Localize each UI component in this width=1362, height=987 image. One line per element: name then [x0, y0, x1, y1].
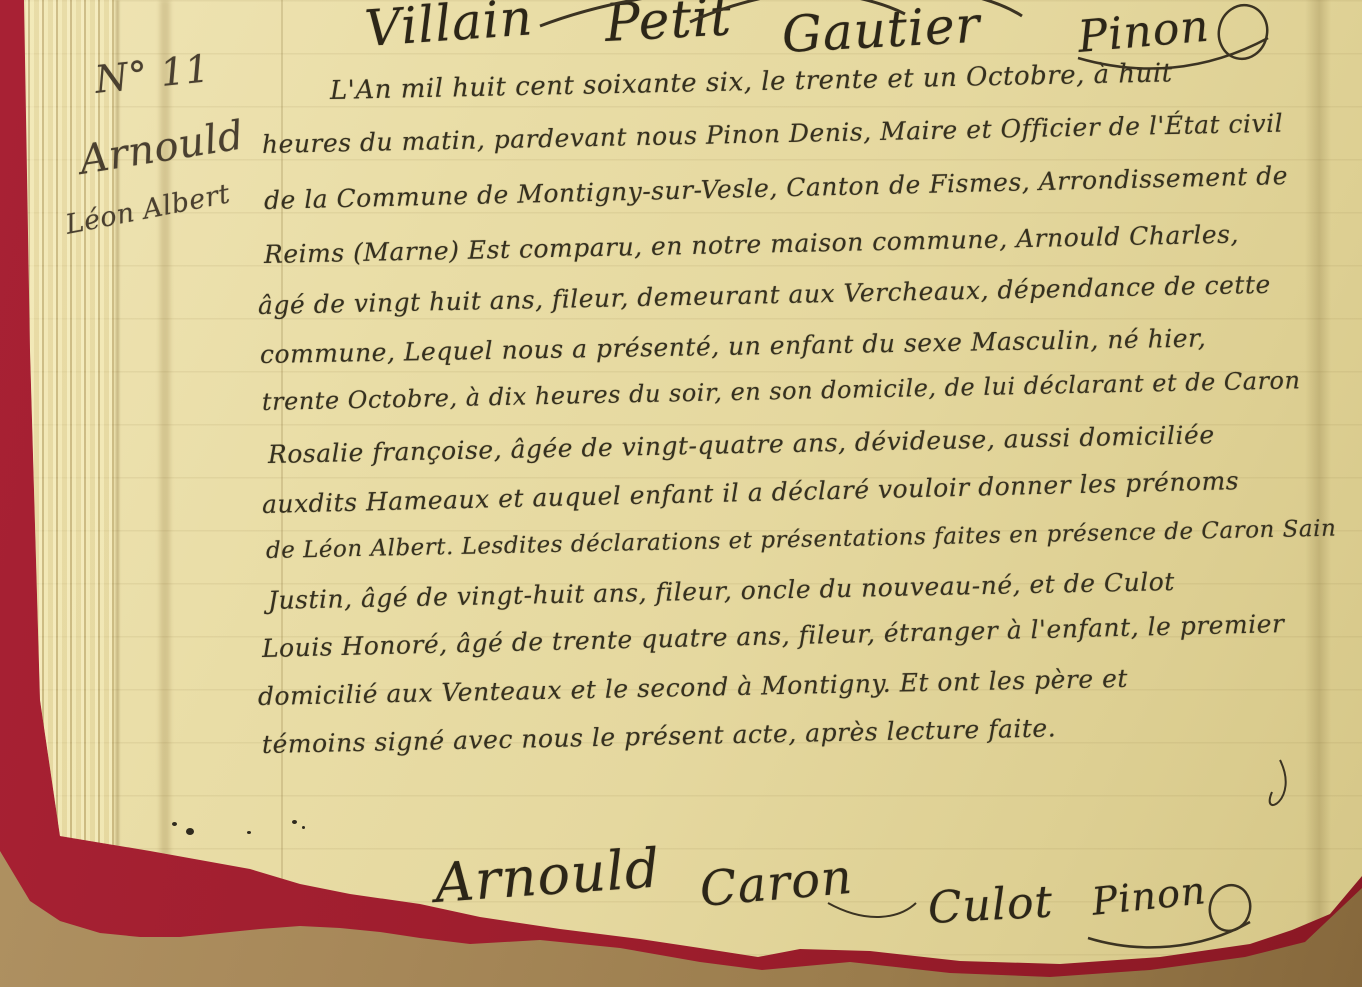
ink-speck [302, 826, 305, 829]
ink-speck [186, 828, 194, 835]
ink-speck [292, 820, 297, 824]
signature-culot: Culot [927, 876, 1055, 933]
ink-speck [247, 831, 251, 834]
page-fold-shadow [1305, 0, 1331, 930]
ink-speck [172, 822, 177, 826]
register-page-photo: Villain Petit Gautier Pinon N° 11 Arnoul… [0, 0, 1362, 987]
signature-petit: Petit [603, 0, 733, 54]
signature-gautier: Gautier [780, 0, 981, 64]
